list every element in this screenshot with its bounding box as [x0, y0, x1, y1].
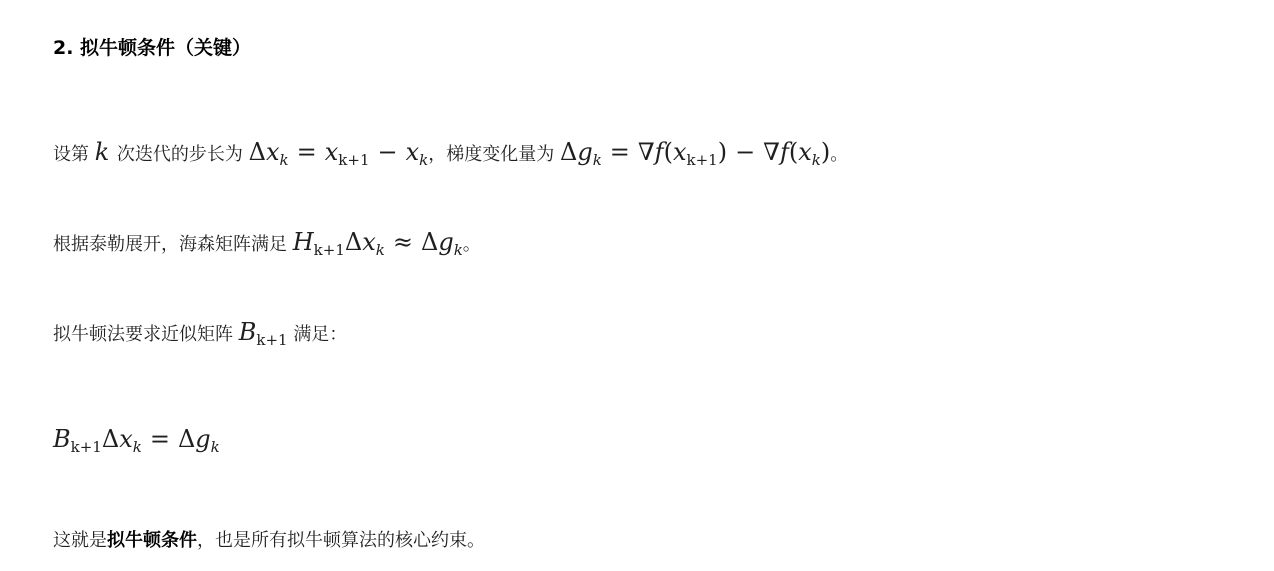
text: 满足： — [293, 324, 347, 345]
text: 次迭代的步长为 — [117, 144, 243, 165]
text: 。 — [830, 144, 848, 165]
text: 。 — [463, 234, 481, 255]
text: 根据泰勒展开，海森矩阵满足 — [53, 234, 287, 255]
math-k: k — [95, 138, 117, 166]
text: 设第 — [53, 144, 89, 165]
paragraph-step-definition: 设第 k 次迭代的步长为 Δxk=xk+1−xk，梯度变化量为 Δgk=∇f(x… — [53, 138, 848, 169]
text: 拟牛顿法要求近似矩阵 — [53, 324, 233, 345]
paragraph-taylor: 根据泰勒展开，海森矩阵满足 Hk+1Δxk≈Δgk。 — [53, 228, 481, 259]
text: ，也是所有拟牛顿算法的核心约束。 — [197, 530, 485, 551]
bold-term: 拟牛顿条件 — [107, 530, 197, 551]
paragraph-conclusion: 这就是拟牛顿条件，也是所有拟牛顿算法的核心约束。 — [53, 527, 485, 555]
paragraph-requirement: 拟牛顿法要求近似矩阵 Bk+1 满足： — [53, 318, 347, 349]
math-delta-g: Δgk=∇f(xk+1)−∇f(xk) — [560, 138, 830, 166]
section-heading: 2. 拟牛顿条件（关键） — [53, 33, 251, 60]
text: ，梯度变化量为 — [428, 144, 554, 165]
math-hessian-secant: Hk+1Δxk≈Δgk — [293, 228, 463, 256]
text: 这就是 — [53, 530, 107, 551]
math-delta-x: Δxk=xk+1−xk — [249, 138, 429, 166]
equation-secant-condition: Bk+1Δxk=Δgk — [53, 425, 220, 456]
math-B: Bk+1 — [239, 318, 288, 346]
math-secant-equation: Bk+1Δxk=Δgk — [53, 425, 220, 453]
